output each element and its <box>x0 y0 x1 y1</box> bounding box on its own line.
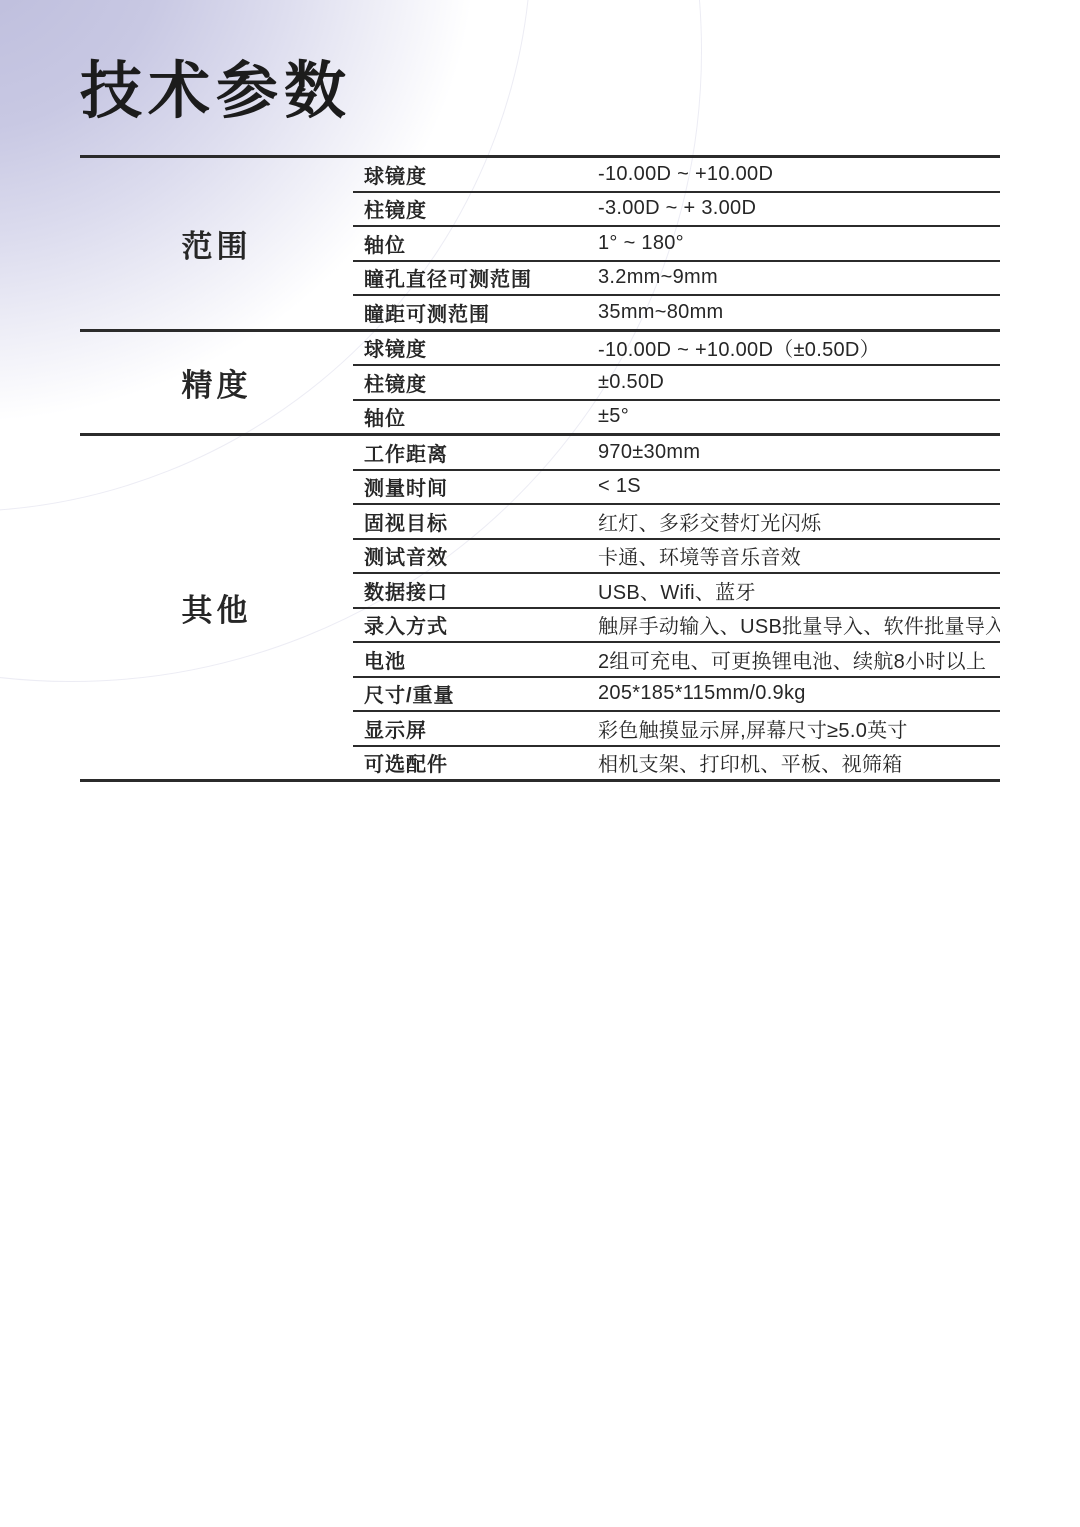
table-row: 录入方式 触屏手动输入、USB批量导入、软件批量导入等 <box>353 607 1000 642</box>
spec-label: 测试音效 <box>353 541 598 570</box>
table-row: 测量时间 < 1S <box>353 469 1000 504</box>
spec-value: 35mm~80mm <box>598 301 1000 324</box>
table-row: 可选配件 相机支架、打印机、平板、视筛箱 <box>353 745 1000 780</box>
spec-value: 970±30mm <box>598 441 1000 464</box>
table-row: 瞳距可测范围 35mm~80mm <box>353 294 1000 329</box>
table-row: 固视目标 红灯、多彩交替灯光闪烁 <box>353 503 1000 538</box>
spec-label: 尺寸/重量 <box>353 679 598 708</box>
spec-group-other: 其他 工作距离 970±30mm 测量时间 < 1S 固视目标 红灯、多彩交替灯… <box>80 433 1000 779</box>
table-row: 球镜度 -10.00D ~ +10.00D（±0.50D） <box>353 332 1000 365</box>
spec-label: 数据接口 <box>353 576 598 605</box>
table-row: 测试音效 卡通、环境等音乐音效 <box>353 538 1000 573</box>
spec-label: 球镜度 <box>353 333 598 362</box>
table-row: 轴位 1° ~ 180° <box>353 225 1000 260</box>
spec-label: 电池 <box>353 645 598 674</box>
spec-value: -3.00D ~ + 3.00D <box>598 197 1000 220</box>
group-rows: 球镜度 -10.00D ~ +10.00D 柱镜度 -3.00D ~ + 3.0… <box>353 158 1000 329</box>
spec-label: 轴位 <box>353 402 598 431</box>
table-row: 数据接口 USB、Wifi、蓝牙 <box>353 572 1000 607</box>
spec-label: 球镜度 <box>353 160 598 189</box>
spec-label: 轴位 <box>353 229 598 258</box>
spec-label: 显示屏 <box>353 714 598 743</box>
spec-label: 录入方式 <box>353 610 598 639</box>
spec-label: 固视目标 <box>353 507 598 536</box>
spec-value: ±5° <box>598 405 1000 428</box>
group-label-cell: 其他 <box>80 436 353 779</box>
spec-label: 柱镜度 <box>353 194 598 223</box>
spec-value: < 1S <box>598 475 1000 498</box>
spec-group-accuracy: 精度 球镜度 -10.00D ~ +10.00D（±0.50D） 柱镜度 ±0.… <box>80 329 1000 434</box>
table-row: 电池 2组可充电、可更换锂电池、续航8小时以上 <box>353 641 1000 676</box>
spec-label: 测量时间 <box>353 472 598 501</box>
table-row: 柱镜度 ±0.50D <box>353 364 1000 399</box>
table-row: 尺寸/重量 205*185*115mm/0.9kg <box>353 676 1000 711</box>
table-row: 轴位 ±5° <box>353 399 1000 434</box>
group-label-cell: 范围 <box>80 158 353 329</box>
group-label-accuracy: 精度 <box>182 360 252 405</box>
group-label-other: 其他 <box>182 585 252 630</box>
spec-sheet-page: 技术参数 范围 球镜度 -10.00D ~ +10.00D 柱镜度 -3.00D… <box>0 0 1080 1527</box>
spec-group-range: 范围 球镜度 -10.00D ~ +10.00D 柱镜度 -3.00D ~ + … <box>80 158 1000 329</box>
spec-value: -10.00D ~ +10.00D（±0.50D） <box>598 333 1000 362</box>
spec-value: 205*185*115mm/0.9kg <box>598 682 1000 705</box>
spec-value: -10.00D ~ +10.00D <box>598 163 1000 186</box>
spec-value: 触屏手动输入、USB批量导入、软件批量导入等 <box>598 610 1000 639</box>
table-row: 瞳孔直径可测范围 3.2mm~9mm <box>353 260 1000 295</box>
spec-label: 工作距离 <box>353 438 598 467</box>
group-label-range: 范围 <box>182 221 252 266</box>
spec-label: 瞳孔直径可测范围 <box>353 263 598 292</box>
table-row: 显示屏 彩色触摸显示屏,屏幕尺寸≥5.0英寸 <box>353 710 1000 745</box>
page-title: 技术参数 <box>80 52 352 133</box>
spec-value: 1° ~ 180° <box>598 232 1000 255</box>
table-row: 球镜度 -10.00D ~ +10.00D <box>353 158 1000 191</box>
spec-value: 2组可充电、可更换锂电池、续航8小时以上 <box>598 645 1000 674</box>
table-row: 工作距离 970±30mm <box>353 436 1000 469</box>
table-row: 柱镜度 -3.00D ~ + 3.00D <box>353 191 1000 226</box>
spec-value: USB、Wifi、蓝牙 <box>598 576 1000 605</box>
spec-value: 相机支架、打印机、平板、视筛箱 <box>598 748 1000 777</box>
group-rows: 球镜度 -10.00D ~ +10.00D（±0.50D） 柱镜度 ±0.50D… <box>353 332 1000 434</box>
spec-label: 可选配件 <box>353 748 598 777</box>
spec-label: 柱镜度 <box>353 368 598 397</box>
spec-label: 瞳距可测范围 <box>353 298 598 327</box>
spec-value: ±0.50D <box>598 371 1000 394</box>
spec-table: 范围 球镜度 -10.00D ~ +10.00D 柱镜度 -3.00D ~ + … <box>80 155 1000 782</box>
spec-value: 彩色触摸显示屏,屏幕尺寸≥5.0英寸 <box>598 714 1000 743</box>
spec-value: 红灯、多彩交替灯光闪烁 <box>598 507 1000 536</box>
spec-value: 卡通、环境等音乐音效 <box>598 541 1000 570</box>
group-rows: 工作距离 970±30mm 测量时间 < 1S 固视目标 红灯、多彩交替灯光闪烁… <box>353 436 1000 779</box>
group-label-cell: 精度 <box>80 332 353 434</box>
spec-value: 3.2mm~9mm <box>598 266 1000 289</box>
